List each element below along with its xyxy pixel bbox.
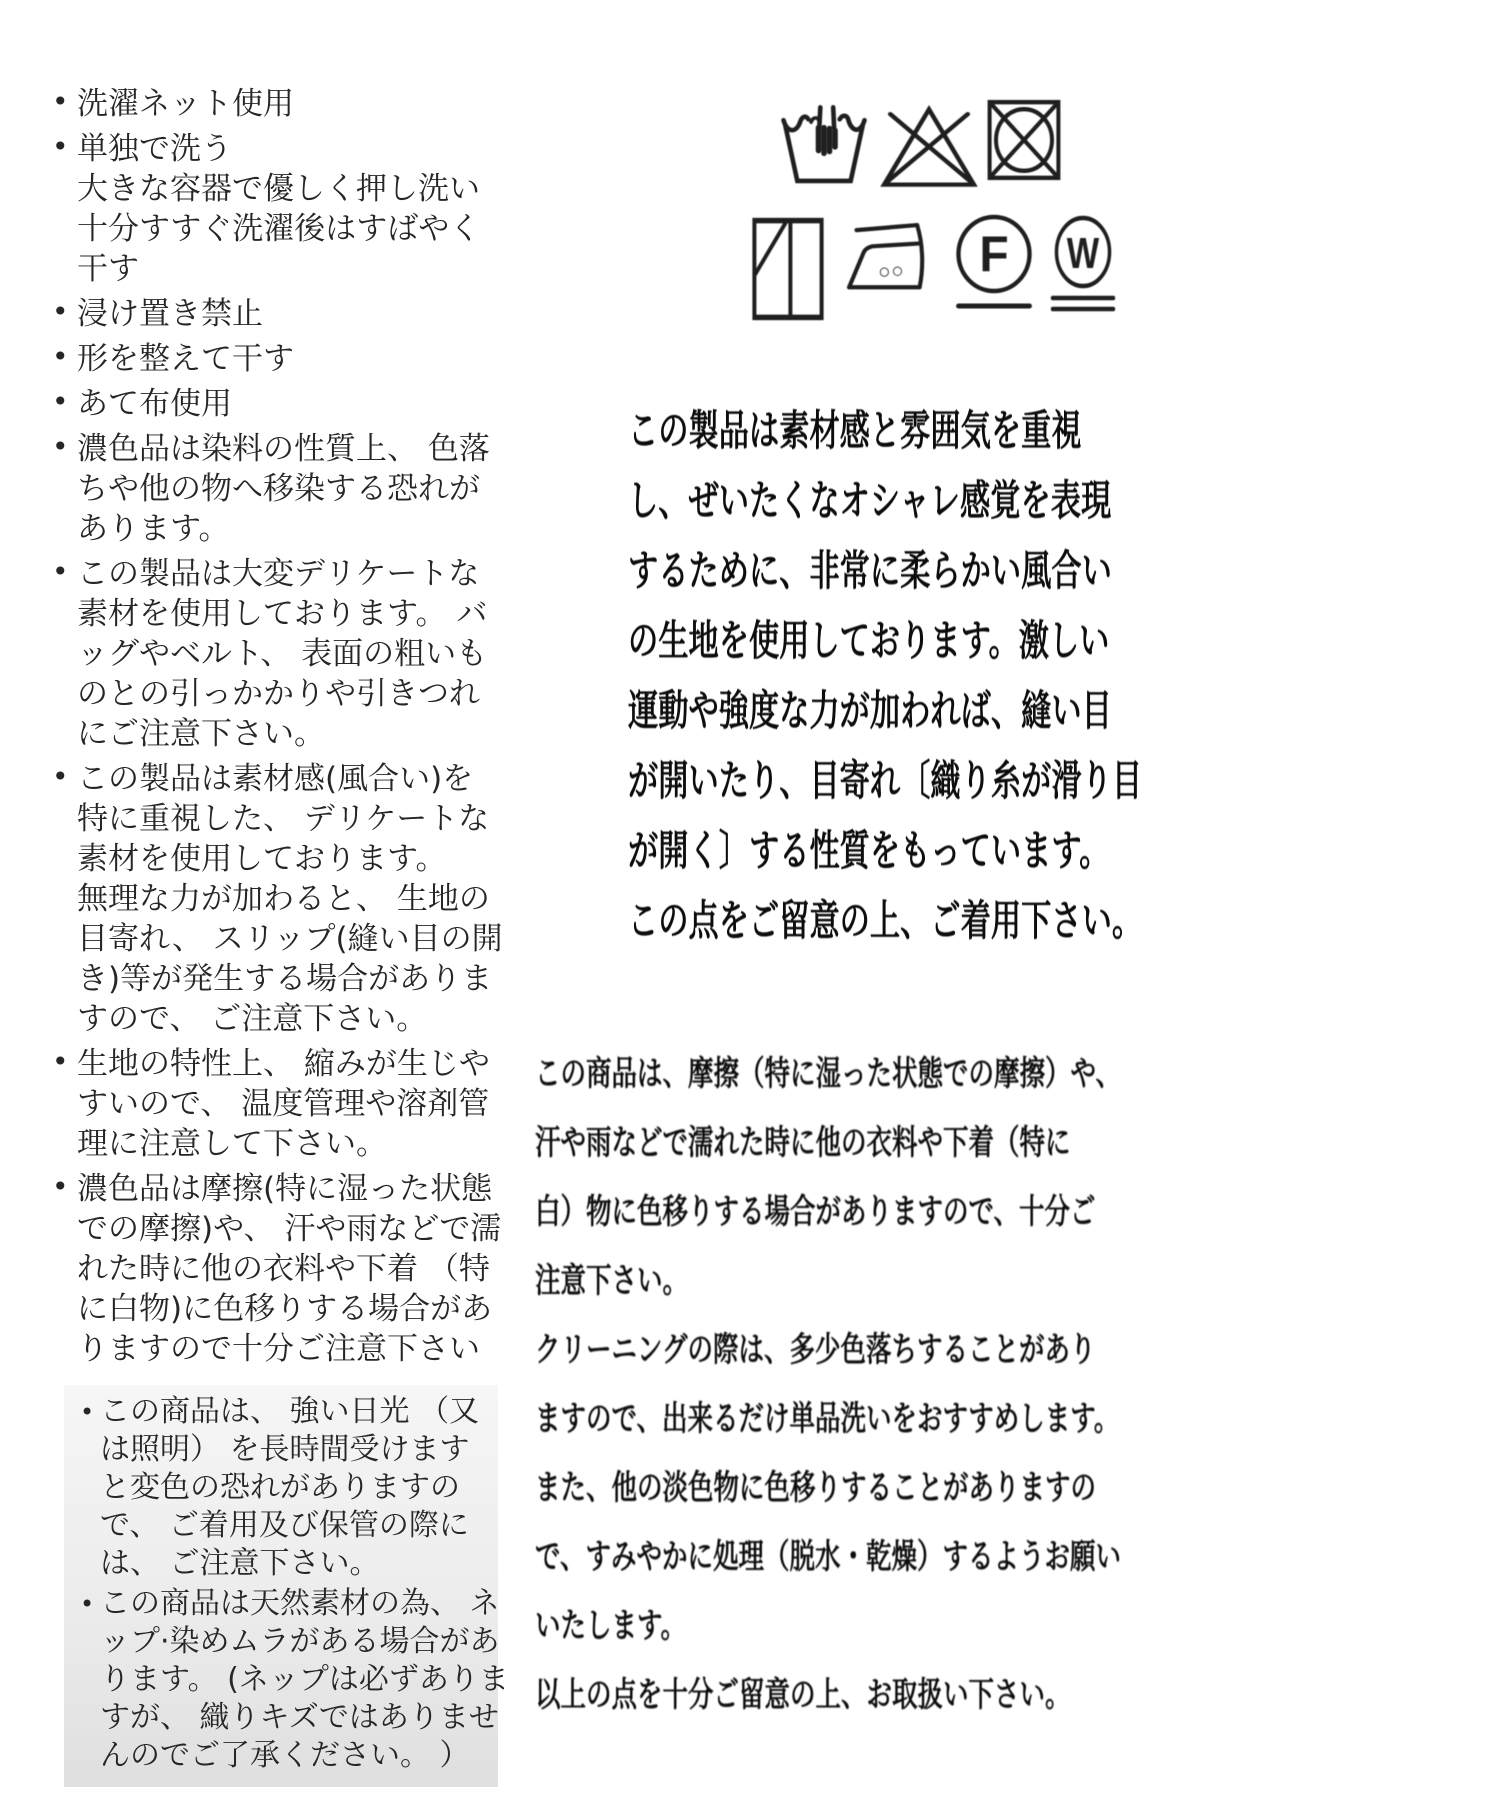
list-item: • この製品は大変デリケートな 素材を使用しております。 バ ッグやベルト、 表… [52,554,522,754]
list-item-text: 濃色品は摩擦(特に湿った状態 での摩擦)や、 汗や雨などで濡 れた時に他の衣料や… [77,1169,522,1369]
wet-clean-w-label: W [1067,229,1100,278]
list-item: • 濃色品は染料の性質上、 色落 ちや他の物へ移染する恐れが あります。 [52,429,522,549]
do-not-tumble-dry-icon [984,96,1064,184]
list-item-text: 生地の特性上、 縮みが生じや すいので、 温度管理や溶剤管 理に注意して下さい。 [77,1044,522,1164]
list-item-text: あて布使用 [77,384,522,424]
list-item: • 形を整えて干す [52,339,522,379]
fabric-character-paragraph: この製品は素材感と雰囲気を重視 し、ぜいたくなオシャレ感覚を表現 するために、非… [628,396,1142,956]
list-item: • あて布使用 [52,384,522,424]
bullet-marker: • [52,552,69,592]
bullet-marker: • [52,382,69,422]
care-instructions-list: • 洗濯ネット使用 • 単独で洗う 大きな容器で優しく押し洗い 十分すすぐ洗濯後… [52,84,522,1787]
bullet-marker: • [52,127,69,167]
iron-two-dots-icon [845,215,927,299]
list-item: • 濃色品は摩擦(特に湿った状態 での摩擦)や、 汗や雨などで濡 れた時に他の衣… [52,1169,522,1369]
list-item-text: 浸け置き禁止 [77,294,522,334]
line-dry-in-shade-icon [748,214,828,324]
list-item-text: この商品は、 強い日光 （又 は照明） を長時間受けます と変色の恐れがあります… [100,1393,498,1583]
list-item: • 浸け置き禁止 [52,294,522,334]
bullet-marker: • [52,757,69,797]
bullet-marker: • [52,1167,69,1207]
bullet-marker: • [52,1042,69,1082]
care-label-document: • 洗濯ネット使用 • 単独で洗う 大きな容器で優しく押し洗い 十分すすぐ洗濯後… [0,0,1500,1800]
bullet-marker: • [80,1585,94,1623]
notice-box: • この商品は、 強い日光 （又 は照明） を長時間受けます と変色の恐れがあり… [64,1385,498,1787]
list-item-text: この商品は天然素材の為、 ネ ップ·染めムラがある場合があ ります。 (ネップは… [100,1585,498,1775]
bullet-marker: • [52,292,69,332]
list-item: • この商品は、 強い日光 （又 は照明） を長時間受けます と変色の恐れがあり… [80,1393,498,1583]
do-not-bleach-icon [878,100,980,194]
color-transfer-paragraph: この商品は、摩擦（特に湿った状態での摩擦）や、 汗や雨などで濡れた時に他の衣料や… [535,1040,1121,1730]
bullet-marker: • [52,427,69,467]
list-item-text: 単独で洗う 大きな容器で優しく押し洗い 十分すすぐ洗濯後はすばやく 干す [77,129,522,289]
list-item-text: 洗濯ネット使用 [77,84,522,124]
bullet-marker: • [52,82,69,122]
list-item: • 単独で洗う 大きな容器で優しく押し洗い 十分すすぐ洗濯後はすばやく 干す [52,129,522,289]
list-item: • 生地の特性上、 縮みが生じや すいので、 温度管理や溶剤管 理に注意して下さ… [52,1044,522,1164]
list-item-text: この製品は大変デリケートな 素材を使用しております。 バ ッグやベルト、 表面の… [77,554,522,754]
wet-clean-w-icon: W [1044,214,1122,314]
bullet-marker: • [80,1393,94,1431]
dry-clean-f-icon: F [946,212,1042,312]
list-item-text: 形を整えて干す [77,339,522,379]
dry-clean-f-label: F [979,227,1008,282]
list-item: • この商品は天然素材の為、 ネ ップ·染めムラがある場合があ ります。 (ネッ… [80,1585,498,1775]
bullet-marker: • [52,337,69,377]
hand-wash-icon [778,100,870,192]
list-item: • この製品は素材感(風合い)を 特に重視した、 デリケートな 素材を使用してお… [52,759,522,1039]
list-item-text: 濃色品は染料の性質上、 色落 ちや他の物へ移染する恐れが あります。 [77,429,522,549]
list-item: • 洗濯ネット使用 [52,84,522,124]
list-item-text: この製品は素材感(風合い)を 特に重視した、 デリケートな 素材を使用しておりま… [77,759,522,1039]
